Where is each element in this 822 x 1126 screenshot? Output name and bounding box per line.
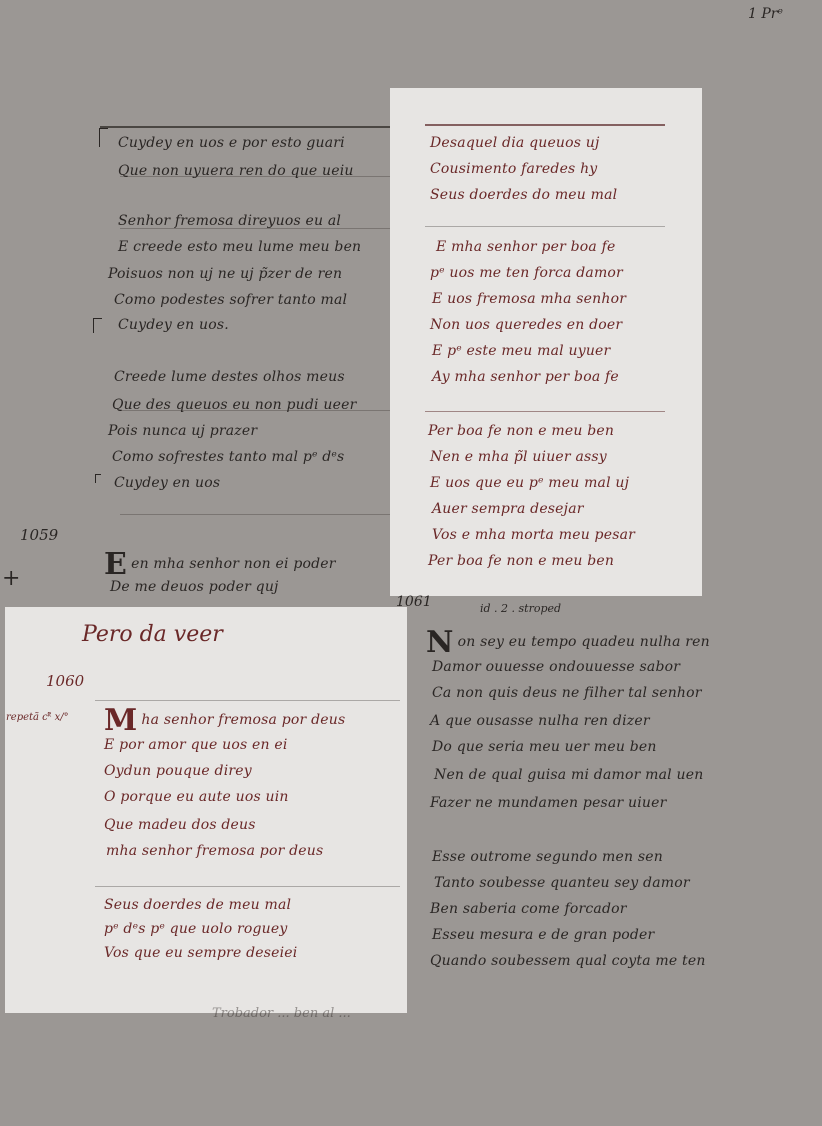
verse-line: Ben saberia come forcador [430,900,627,918]
verse-line: Damor ouuesse ondouuesse sabor [432,658,680,676]
verse-line: Mha senhor fremosa por deus [104,706,345,736]
verse-line: Que madeu dos deus [104,816,256,834]
verse-line: Como sofrestes tanto mal pᵉ dᵉs [112,448,344,466]
rule-line [425,411,665,412]
verse-line: Fazer ne mundamen pesar uiuer [430,794,667,812]
verse-line: Pois nunca uj prazer [108,422,257,440]
rule-line [95,700,400,701]
rule-line [95,886,400,887]
verse-line: Poisuos non uj ne uj p̃zer de ren [108,265,342,283]
verse-line: De me deuos poder quj [110,578,279,596]
verse-text: on sey eu tempo quadeu nulha ren [458,634,710,650]
verse-line: E uos que eu pᵉ meu mal uj [430,474,629,492]
verse-line: Que non uyuera ren do que ueiu [118,162,354,180]
verse-line: Seus doerdes de meu mal [104,896,291,914]
verse-line: E mha senhor per boa fe [436,238,615,256]
folio-number: 1 Prᵉ [748,6,783,22]
poem-number-1059: 1059 [20,526,58,544]
poem-number-1061: 1061 [396,594,432,610]
verse-line: Cuydey en uos e por esto guari [118,134,345,152]
verse-line: A que ousasse nulha ren dizer [430,712,650,730]
verse-line: mha senhor fremosa por deus [106,842,323,860]
verse-line: E uos fremosa mha senhor [432,290,626,308]
verse-line: Como podestes sofrer tanto mal [114,291,347,309]
verse-line: Quando soubessem qual coyta me ten [430,952,706,970]
manuscript-page: 1 Prᵉ Cuydey en uos e por esto guari Que… [0,0,822,1126]
verse-text: ha senhor fremosa por deus [141,712,345,728]
margin-note: repetã cᵏ̃ x/° [6,712,69,723]
verse-line: O porque eu aute uos uin [104,788,289,806]
verse-line: E pᵉ este meu mal uyuer [432,342,610,360]
verse-line: pᵉ dᵉs pᵉ que uolo roguey [104,920,288,938]
rule-line [100,126,390,128]
verse-line: Creede lume destes olhos meus [114,368,345,386]
verse-line: Non sey eu tempo quadeu nulha ren [426,628,710,658]
refrain-mark [93,318,102,333]
verse-line: E por amor que uos en ei [104,736,288,754]
column-bracket [99,128,108,147]
verse-text: en mha senhor non ei poder [131,556,336,572]
faded-footer-text: Trobador ... ben al ... [212,1006,351,1021]
verse-line: Non uos queredes en doer [430,316,622,334]
cross-mark: + [2,566,20,591]
refrain-mark [95,474,101,483]
rule-line [425,124,665,126]
rule-line [425,226,665,227]
verse-line: Vos que eu sempre deseiei [104,944,297,962]
verse-line: Vos e mha morta meu pesar [432,526,635,544]
illuminated-initial: M [104,703,137,738]
verse-line: Een mha senhor non ei poder [104,550,336,580]
verse-line: Per boa fe non e meu ben [428,552,614,570]
illuminated-initial: E [104,547,127,582]
verse-line: Seus doerdes do meu mal [430,186,617,204]
verse-line: Que des queuos eu non pudi ueer [112,396,356,414]
verse-line: Esseu mesura e de gran poder [432,926,654,944]
poem-number-1060: 1060 [46,672,84,690]
heading-note: id . 2 . stroped [480,602,561,615]
verse-line: Ca non quis deus ne filher tal senhor [432,684,702,702]
refrain-line: Cuydey en uos [114,474,220,492]
verse-line: Per boa fe non e meu ben [428,422,614,440]
verse-line: pᵉ uos me ten forca damor [430,264,623,282]
refrain-line: Cuydey en uos. [118,316,229,334]
verse-line: Ay mha senhor per boa fe [432,368,619,386]
verse-line: Desaquel dia queuos uj [430,134,600,152]
verse-line: Nen de qual guisa mi damor mal uen [434,766,703,784]
verse-line: E creede esto meu lume meu ben [118,238,361,256]
verse-line: Cousimento faredes hy [430,160,597,178]
author-heading: Pero da veer [82,622,223,647]
verse-line: Nen e mha p̃l uiuer assy [430,448,607,466]
verse-line: Auer sempra desejar [432,500,584,518]
verse-line: Oydun pouque direy [104,762,252,780]
illuminated-initial: N [426,625,454,660]
verse-line: Senhor fremosa direyuos eu al [118,212,341,230]
verse-line: Tanto soubesse quanteu sey damor [434,874,690,892]
rule-line [120,514,390,515]
verse-line: Do que seria meu uer meu ben [432,738,657,756]
verse-line: Esse outrome segundo men sen [432,848,663,866]
